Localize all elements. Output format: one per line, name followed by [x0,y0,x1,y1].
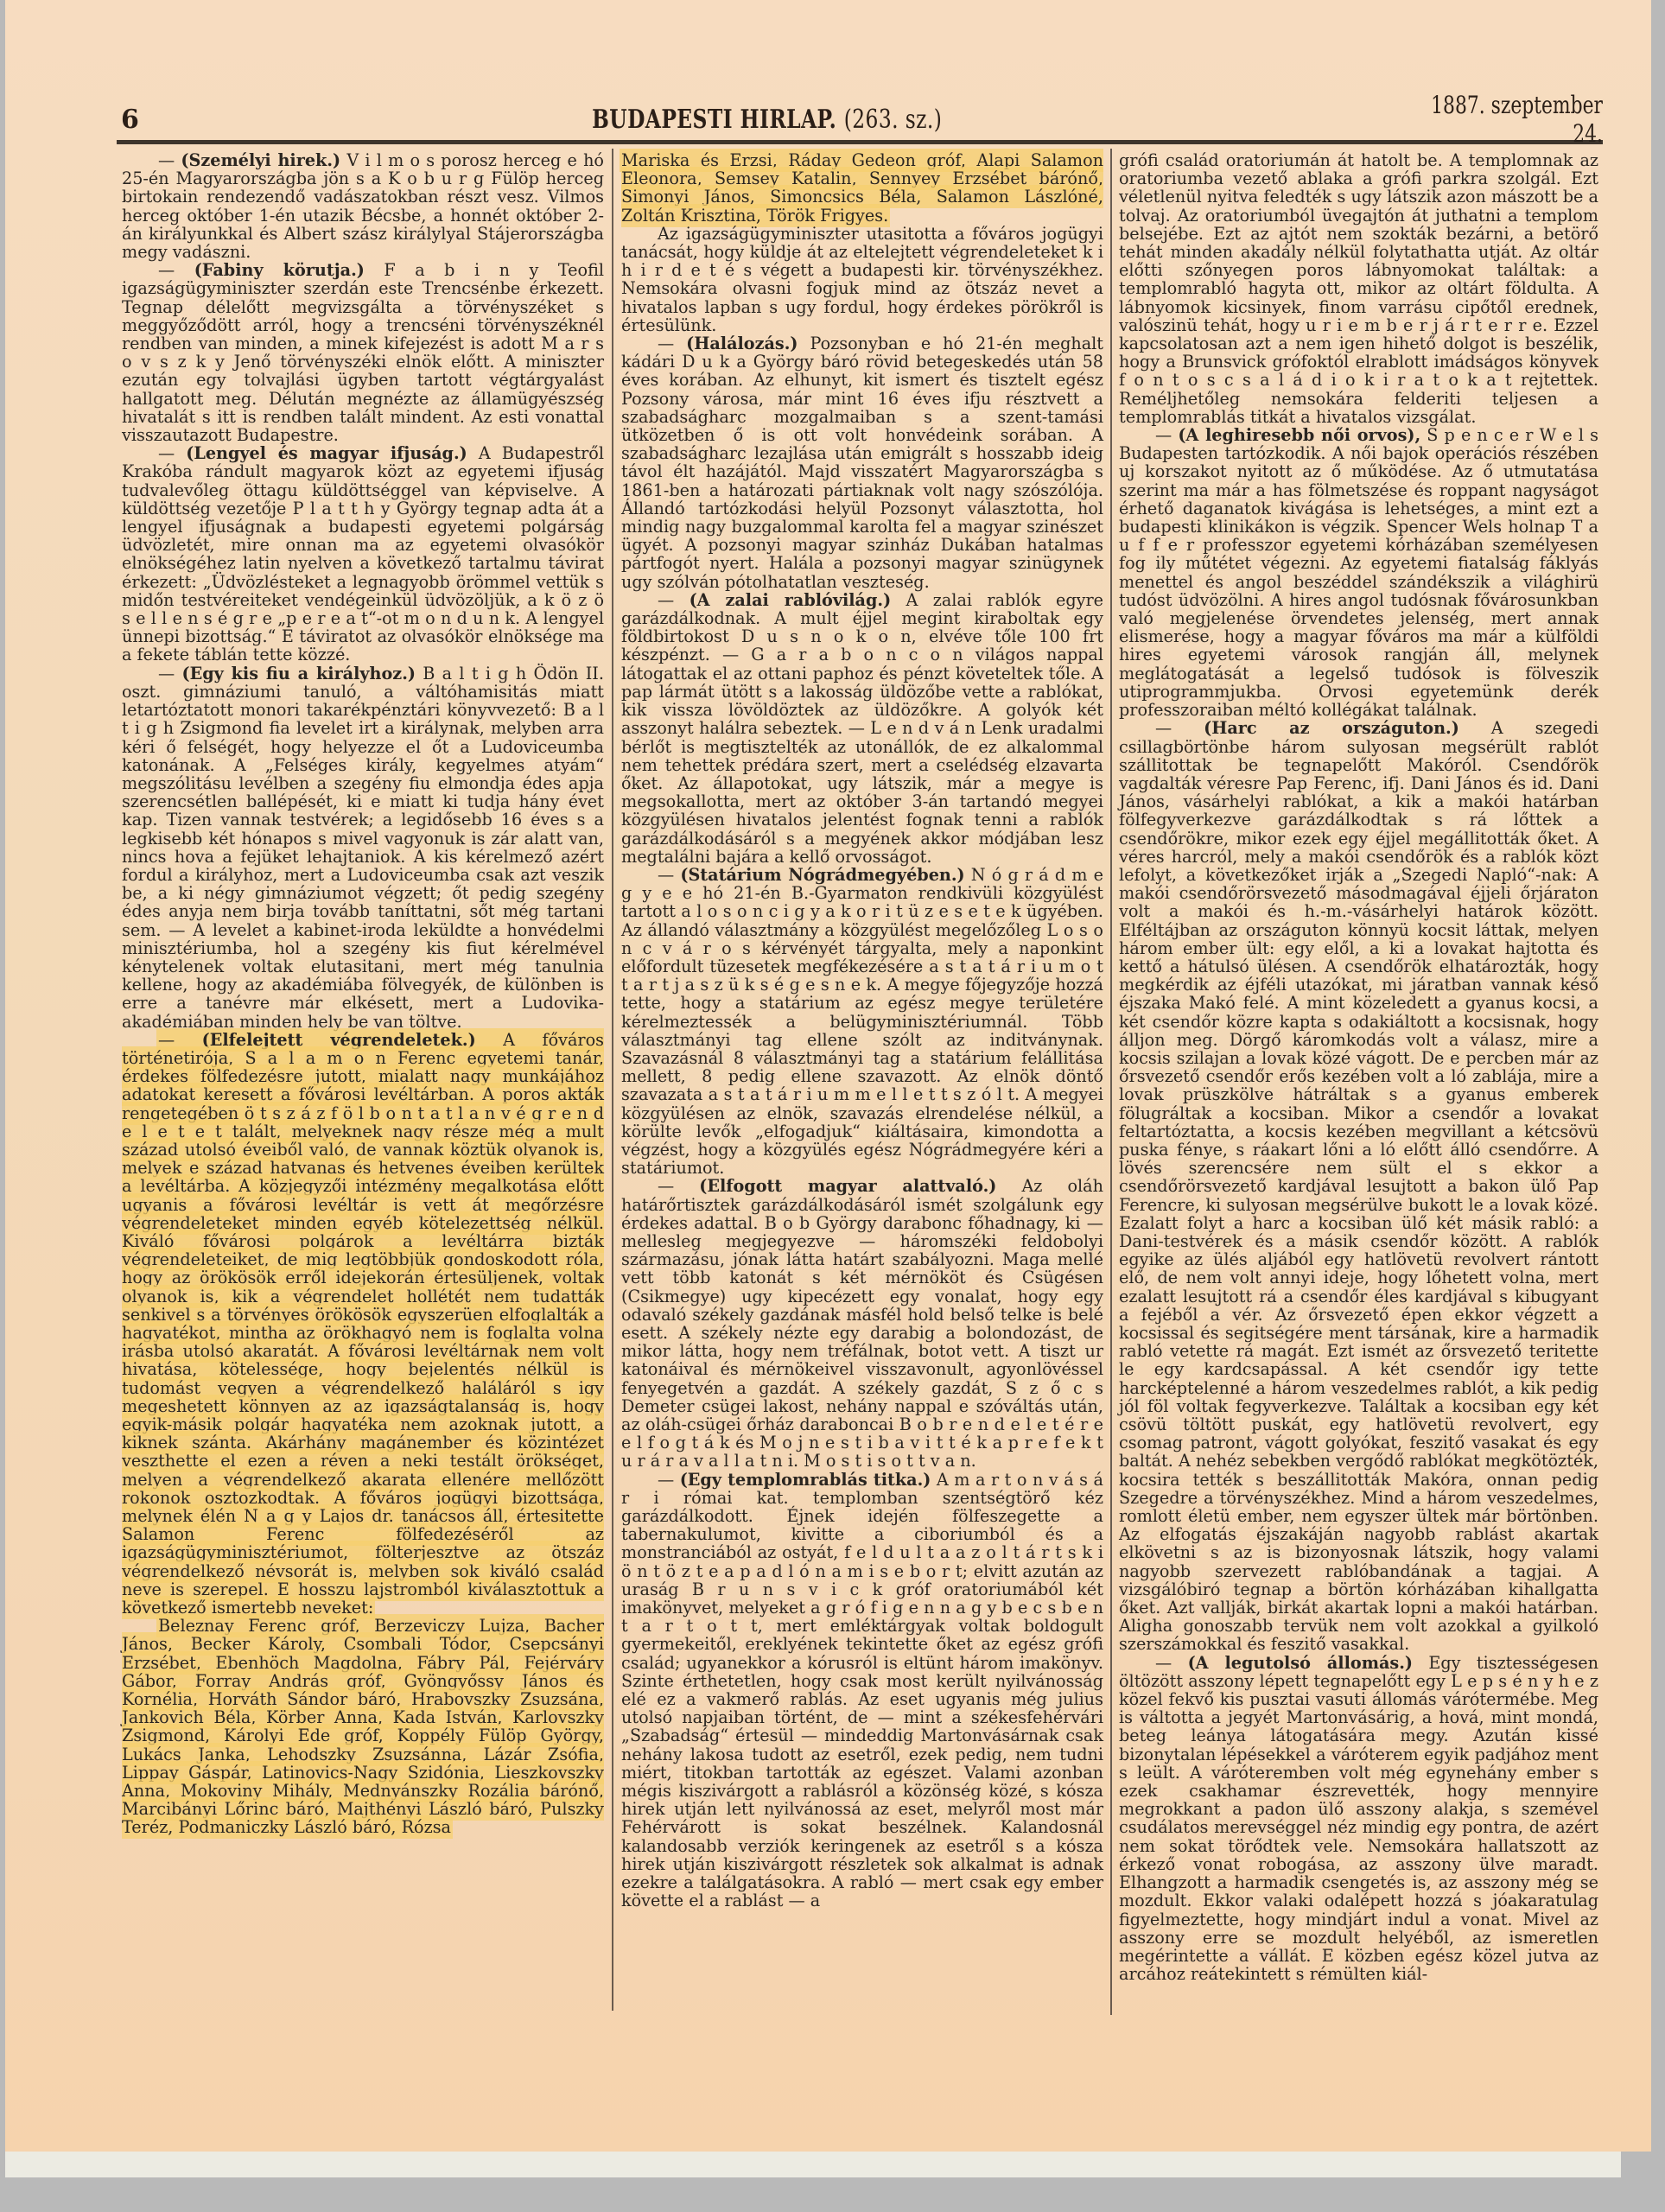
article-body: N ó g r á d m e g y e e hó 21-én B.-Gyar… [621,865,1103,1178]
article-heading: (Egy templomrablás titka.) [680,1470,931,1490]
article-heading: (Lengyel és magyar ifjuság.) [186,443,467,463]
article: Mariska és Erzsi, Ráday Gedeon gróf, Ala… [621,151,1103,225]
article-body: grófi család oratoriumán át hatolt be. A… [1119,150,1598,427]
article-heading: (A leghiresebb női orvos), [1178,425,1420,445]
article-body: A m a r t o n v á s á r i római kat. tem… [621,1470,1103,1911]
article-body: F a b i n y Teofil igazságügyminiszter s… [122,260,604,445]
article-body: A zalai rablók egyre garázdálkodnak. A m… [621,590,1103,867]
article-body: Egy tisztességesen öltözött asszony lépe… [1119,1653,1598,1984]
article: — (Egy templomrablás titka.) A m a r t o… [621,1471,1103,1910]
article: — (Egy kis fiu a királyhoz.) B a l t i g… [122,664,604,1031]
masthead: BUDAPESTI HIRLAP. (263. sz.) [592,105,942,135]
column-divider [612,149,613,2011]
article: — (Statárium Nógrádmegyében.) N ó g r á … [621,866,1103,1177]
article-body: Beleznay Ferenc gróf, Berzeviczy Lujza, … [122,1616,604,1837]
header-rule [117,140,1603,144]
article-body: A szegedi csillagbörtönbe három sulyosan… [1119,718,1598,1654]
article: Az igazságügyminiszter utasitotta a fővá… [621,225,1103,334]
article: — (Harc az országuton.) A szegedi csilla… [1119,719,1598,1653]
article-heading: (Egy kis fiu a királyhoz.) [181,664,415,683]
article: — (Fabiny körutja.) F a b i n y Teofil i… [122,261,604,444]
article: — (A legutolsó állomás.) Egy tisztessége… [1119,1654,1598,1984]
article-heading: (Halálozás.) [686,334,798,353]
article-body: A főváros történetirója, S a l a m o n F… [122,1030,604,1618]
article-body: Mariska és Erzsi, Ráday Gedeon gróf, Ala… [621,150,1103,226]
article-body: Pozsonyban e hó 21-én meghalt kádári D u… [621,334,1103,592]
article-body: Az oláh határőrtisztek garázdálkodásáról… [621,1176,1103,1471]
article-heading: (Elfogott magyar alattvaló.) [699,1176,996,1196]
article-heading: (Elfelejtett végrendeletek.) [202,1030,476,1050]
column-right: grófi család oratoriumán át hatolt be. A… [1119,151,1598,1983]
article-body: A Budapestről Krakóba rándult magyarok k… [122,443,604,664]
article: — (A leghiresebb női orvos), S p e n c e… [1119,426,1598,719]
page-header: 6 BUDAPESTI HIRLAP. (263. sz.) 1887. sze… [121,102,1603,137]
article-heading: (A zalai rablóvilág.) [690,590,892,610]
article: — (Személyi hirek.) V i l m o s porosz h… [122,151,604,261]
article-body: Az igazságügyminiszter utasitotta a fővá… [621,224,1103,335]
article: — (Elfelejtett végrendeletek.) A főváros… [122,1031,604,1618]
article-heading: (Harc az országuton.) [1204,718,1459,738]
article: — (Halálozás.) Pozsonyban e hó 21-én meg… [621,334,1103,591]
page-number: 6 [121,105,190,135]
column-divider [1110,149,1112,2015]
article-heading: (Statárium Nógrádmegyében.) [680,865,964,885]
article: — (Lengyel és magyar ifjuság.) A Budapes… [122,444,604,664]
page-edge [5,2152,1621,2177]
article-body: B a l t i g h Ödön II. oszt. gimnáziumi … [122,664,604,1032]
article-heading: (Személyi hirek.) [181,150,340,170]
article: — (A zalai rablóvilág.) A zalai rablók e… [621,591,1103,866]
article-heading: (A legutolsó állomás.) [1188,1653,1413,1673]
issue-number: (263. sz.) [844,105,942,135]
article-body: S p e n c e r W e l s Budapesten tartózk… [1119,425,1598,720]
newspaper-title: BUDAPESTI HIRLAP. [592,105,836,135]
column-left: — (Személyi hirek.) V i l m o s porosz h… [122,151,604,1837]
article: — (Elfogott magyar alattvaló.) Az oláh h… [621,1177,1103,1470]
article: Beleznay Ferenc gróf, Berzeviczy Lujza, … [122,1617,604,1836]
article: grófi család oratoriumán át hatolt be. A… [1119,151,1598,426]
column-middle: Mariska és Erzsi, Ráday Gedeon gróf, Ala… [621,151,1103,1910]
article-heading: (Fabiny körutja.) [194,260,365,280]
